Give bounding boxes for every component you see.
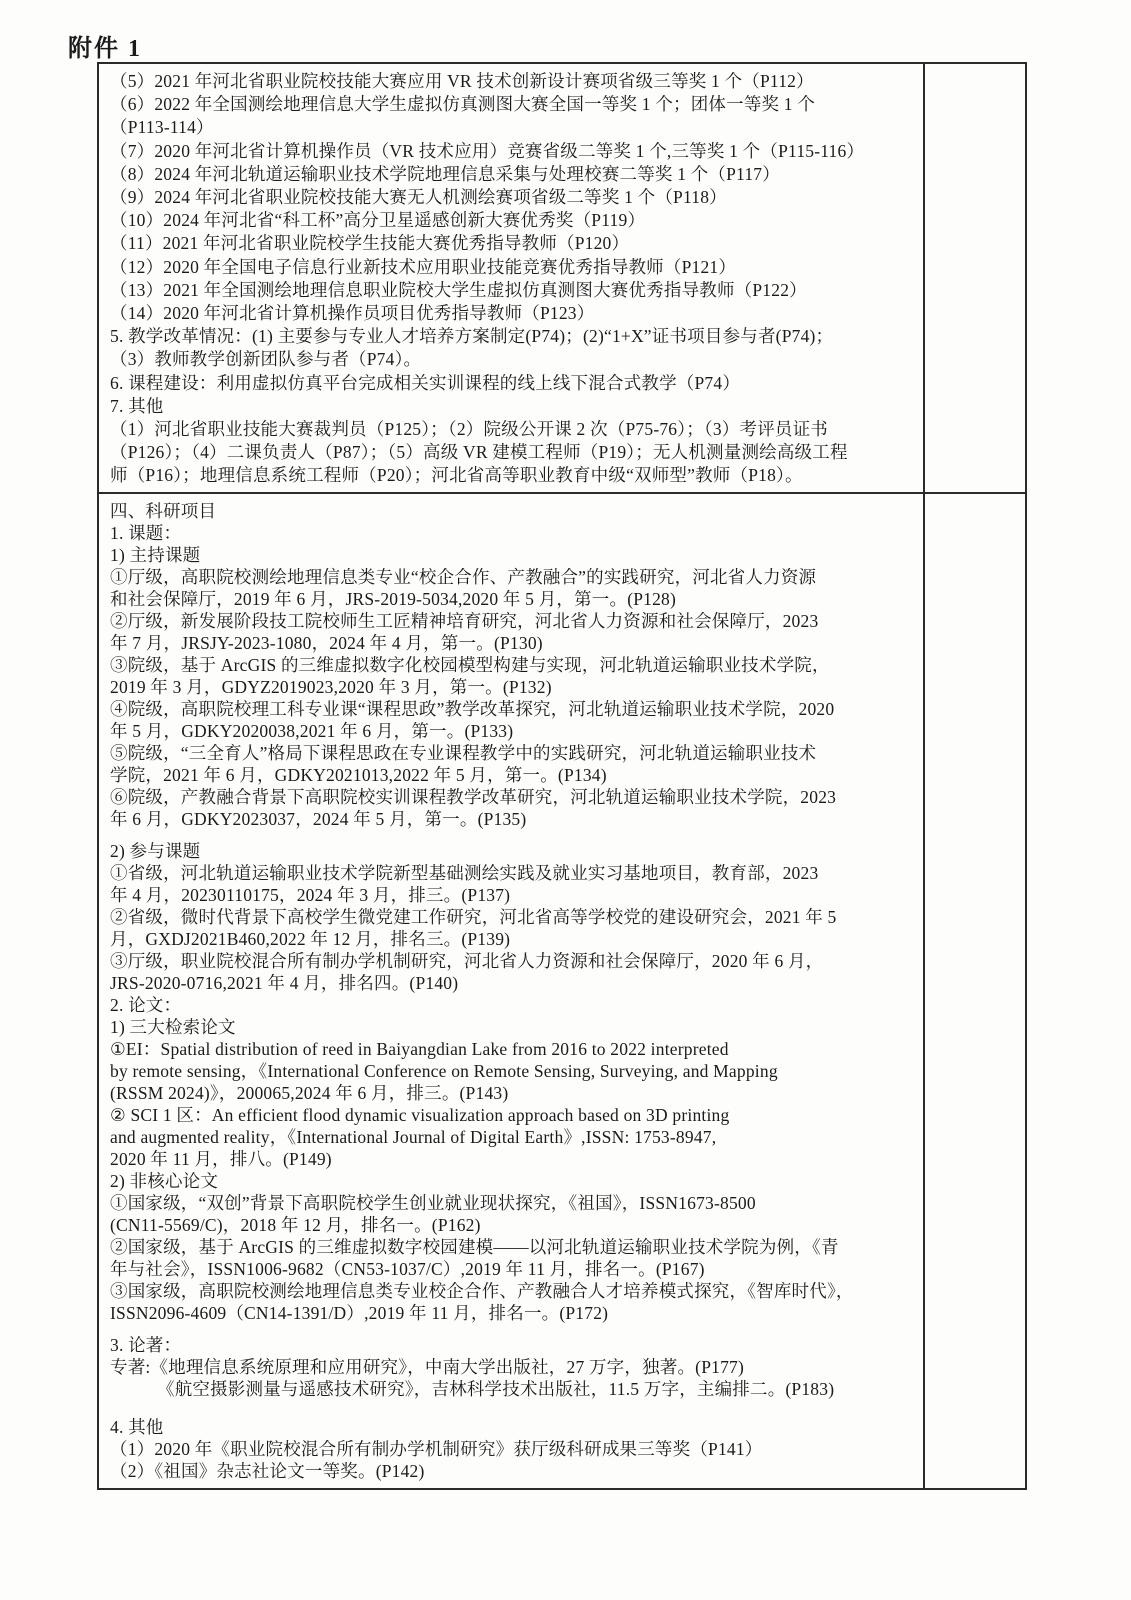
text-line: （3）教师教学创新团队参与者（P74）。 [110,348,917,371]
text-line: by remote sensing，《International Confere… [110,1060,917,1082]
text-line: （10）2024 年河北省“科工杯”高分卫星遥感创新大赛优秀奖（P119） [110,209,917,232]
text-line: 年 5 月，GDKY2020038,2021 年 6 月，第一。(P133) [110,720,917,742]
text-line: ②厅级，新发展阶段技工院校师生工匠精神培育研究，河北省人力资源和社会保障厅，20… [110,610,917,632]
text-line: ⑤院级，“三全育人”格局下课程思政在专业课程教学中的实践研究，河北轨道运输职业技… [110,742,917,764]
text-line: ③国家级，高职院校测绘地理信息类专业校企合作、产教融合人才培养模式探究，《智库时… [110,1280,917,1302]
cell-research-empty-score [925,494,1025,1488]
text-line: （13）2021 年全国测绘地理信息职业院校大学生虚拟仿真测图大赛优秀指导教师（… [110,279,917,302]
text-line: （P113-114） [110,116,917,139]
text-line: （14）2020 年河北省计算机操作员项目优秀指导教师（P123） [110,302,917,325]
text-line: 2. 论文： [110,994,917,1016]
text-line: 1. 课题： [110,522,917,544]
text-line: 2) 参与课题 [110,840,917,862]
text-line: (RSSM 2024)》，200065,2024 年 6 月，排三。(P143) [110,1082,917,1104]
text-line: （11）2021 年河北省职业院校学生技能大赛优秀指导教师（P120） [110,232,917,255]
text-line: ④院级，高职院校理工科专业课“课程思政”教学改革探究，河北轨道运输职业技术学院，… [110,698,917,720]
table-row-awards: （5）2021 年河北省职业院校技能大赛应用 VR 技术创新设计赛项省级三等奖 … [99,64,1025,494]
text-line: 年 4 月，20230110175，2024 年 3 月，排三。(P137) [110,884,917,906]
text-line: (CN11-5569/C)，2018 年 12 月，排名一。(P162) [110,1214,917,1236]
text-line: （6）2022 年全国测绘地理信息大学生虚拟仿真测图大赛全国一等奖 1 个；团体… [110,93,917,116]
text-line: （1）河北省职业技能大赛裁判员（P125）；（2）院级公开课 2 次（P75-7… [110,418,917,441]
text-line: ② SCI 1 区：An efficient flood dynamic vis… [110,1104,917,1126]
attachment-title: 附件 1 [68,28,142,63]
text-line: ②国家级，基于 ArcGIS 的三维虚拟数字校园建模——以河北轨道运输职业技术学… [110,1236,917,1258]
text-line: 3. 论著： [110,1334,917,1356]
text-line: （P126）；（4）二课负责人（P87）；（5）高级 VR 建模工程师（P19）… [110,441,917,464]
text-line: ISSN2096-4609（CN14-1391/D）,2019 年 11 月，排… [110,1302,917,1324]
text-line: （9）2024 年河北省职业院校技能大赛无人机测绘赛项省级二等奖 1 个（P11… [110,186,917,209]
cell-awards-teaching-content: （5）2021 年河北省职业院校技能大赛应用 VR 技术创新设计赛项省级三等奖 … [99,64,925,492]
text-line: （5）2021 年河北省职业院校技能大赛应用 VR 技术创新设计赛项省级三等奖 … [110,70,917,93]
text-line: 2020 年 11 月，排八。(P149) [110,1148,917,1170]
text-line: 年 7 月，JRSJY-2023-1080，2024 年 4 月，第一。(P13… [110,632,917,654]
text-line: 月，GXDJ2021B460,2022 年 12 月，排名三。(P139) [110,928,917,950]
text-line: 6. 课程建设：利用虚拟仿真平台完成相关实训课程的线上线下混合式教学（P74） [110,372,917,395]
text-line: ①省级，河北轨道运输职业技术学院新型基础测绘实践及就业实习基地项目，教育部，20… [110,862,917,884]
text-line: 专著:《地理信息系统原理和应用研究》，中南大学出版社，27 万字，独著。(P17… [110,1356,917,1378]
text-line: （2）《祖国》杂志社论文一等奖。(P142) [110,1460,917,1482]
text-line: 4. 其他 [110,1416,917,1438]
text-line: 2019 年 3 月，GDYZ2019023,2020 年 3 月，第一。(P1… [110,676,917,698]
text-line: （12）2020 年全国电子信息行业新技术应用职业技能竞赛优秀指导教师（P121… [110,256,917,279]
text-line: （7）2020 年河北省计算机操作员（VR 技术应用）竞赛省级二等奖 1 个,三… [110,140,917,163]
text-line: 7. 其他 [110,395,917,418]
cell-awards-empty-score [925,64,1025,492]
text-line: ⑥院级，产教融合背景下高职院校实训课程教学改革研究，河北轨道运输职业技术学院，2… [110,786,917,808]
text-line: ②省级，微时代背景下高校学生微党建工作研究，河北省高等学校党的建设研究会，202… [110,906,917,928]
text-line: 和社会保障厅，2019 年 6 月，JRS-2019-5034,2020 年 5… [110,588,917,610]
text-line: 5. 教学改革情况：(1) 主要参与专业人才培养方案制定(P74)；(2)“1+… [110,325,917,348]
text-line: 2) 非核心论文 [110,1170,917,1192]
text-line: 1) 主持课题 [110,544,917,566]
text-line: and augmented reality，《International Jou… [110,1126,917,1148]
text-line: ①国家级，“双创”背景下高职院校学生创业就业现状探究，《祖国》，ISSN1673… [110,1192,917,1214]
text-line: 师（P16）；地理信息系统工程师（P20）；河北省高等职业教育中级“双师型”教师… [110,464,917,487]
text-line: 《航空摄影测量与遥感技术研究》，吉林科学技术出版社，11.5 万字，主编排二。(… [110,1378,917,1400]
text-line: ①厅级，高职院校测绘地理信息类专业“校企合作、产教融合”的实践研究，河北省人力资… [110,566,917,588]
table-row-research: 四、科研项目1. 课题：1) 主持课题①厅级，高职院校测绘地理信息类专业“校企合… [99,494,1025,1488]
text-line: 四、科研项目 [110,500,917,522]
text-line: 学院，2021 年 6 月，GDKY2021013,2022 年 5 月，第一。… [110,764,917,786]
text-line: JRS-2020-0716,2021 年 4 月，排名四。(P140) [110,972,917,994]
text-line: ①EI：Spatial distribution of reed in Baiy… [110,1038,917,1060]
text-line: ③厅级，职业院校混合所有制办学机制研究，河北省人力资源和社会保障厅，2020 年… [110,950,917,972]
text-line: 1) 三大检索论文 [110,1016,917,1038]
text-line: 年与社会》，ISSN1006-9682（CN53-1037/C）,2019 年 … [110,1258,917,1280]
text-line: （1）2020 年《职业院校混合所有制办学机制研究》获厅级科研成果三等奖（P14… [110,1438,917,1460]
cell-research-projects-content: 四、科研项目1. 课题：1) 主持课题①厅级，高职院校测绘地理信息类专业“校企合… [99,494,925,1488]
evaluation-table: （5）2021 年河北省职业院校技能大赛应用 VR 技术创新设计赛项省级三等奖 … [97,62,1027,1490]
text-line: 年 6 月，GDKY2023037，2024 年 5 月，第一。(P135) [110,808,917,830]
text-line: （8）2024 年河北轨道运输职业技术学院地理信息采集与处理校赛二等奖 1 个（… [110,163,917,186]
text-line: ③院级，基于 ArcGIS 的三维虚拟数字化校园模型构建与实现，河北轨道运输职业… [110,654,917,676]
